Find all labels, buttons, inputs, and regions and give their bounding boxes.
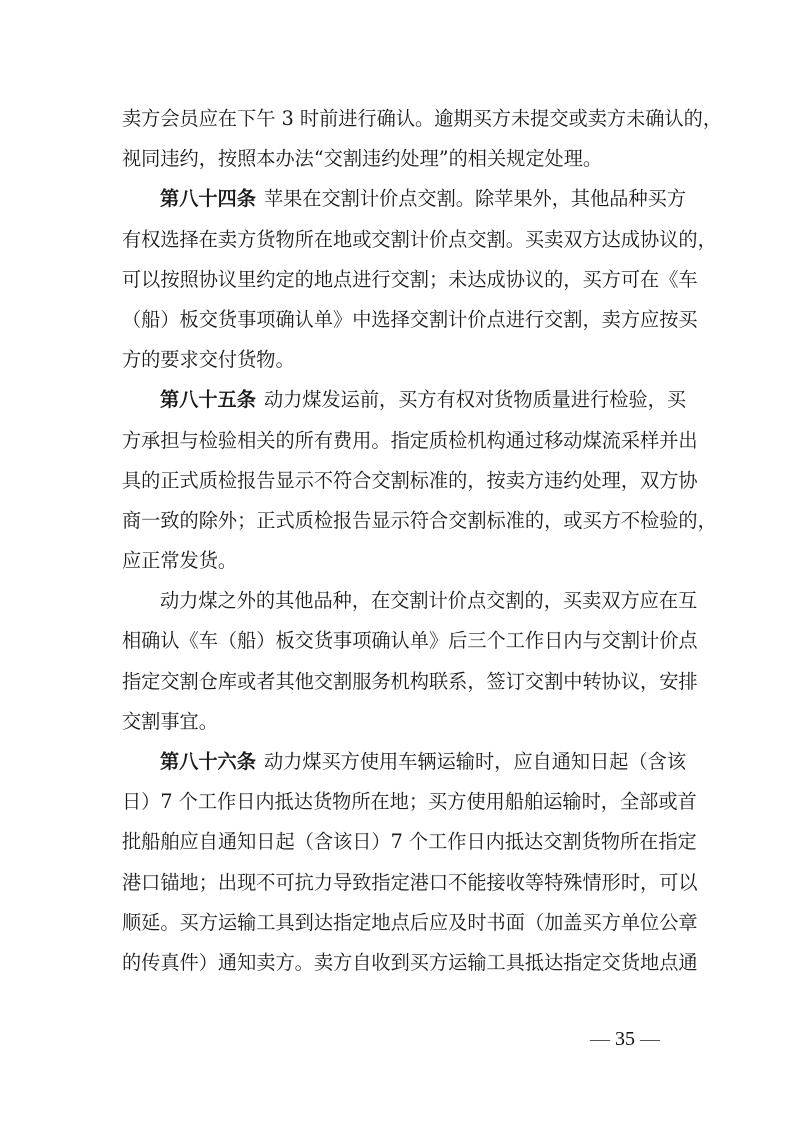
article-number: 第八十五条 [160,388,256,411]
dash-left: — [590,1028,610,1050]
article-86-line: 第八十六条动力煤买方使用车辆运输时，应自通知日起（含该 [122,742,682,782]
text-span: 动力煤发运前，买方有权对货物质量进行检验，买 [264,388,686,411]
article-85-line: 第八十五条动力煤发运前，买方有权对货物质量进行检验，买 [122,380,682,420]
article-number: 第八十四条 [160,187,256,210]
text-line: 顺延。买方运输工具到达指定地点后应及时书面（加盖买方单位公章 [122,903,682,943]
text-line: 商一致的除外；正式质检报告显示符合交割标准的，或买方不检验的， [122,501,682,541]
text-span: 动力煤买方使用车辆运输时，应自通知日起（含该 [264,750,686,773]
text-line: 方承担与检验相关的所有费用。指定质检机构通过移动煤流采样并出 [122,421,682,461]
text-line: 港口锚地；出现不可抗力导致指定港口不能接收等特殊情形时，可以 [122,863,682,903]
text-line: 卖方会员应在下午 3 时前进行确认。逾期买方未提交或卖方未确认的， [122,99,682,139]
text-line: 交割事宜。 [122,702,682,742]
text-line: 日）7 个工作日内抵达货物所在地；买方使用船舶运输时，全部或首 [122,782,682,822]
text-line: 指定交割仓库或者其他交割服务机构联系，签订交割中转协议，安排 [122,662,682,702]
text-line: 方的要求交付货物。 [122,340,682,380]
text-line: 相确认《车（船）板交货事项确认单》后三个工作日内与交割计价点 [122,621,682,661]
text-line: 批船舶应自通知日起（含该日）7 个工作日内抵达交割货物所在指定 [122,822,682,862]
text-line: 的传真件）通知卖方。卖方自收到买方运输工具抵达指定交货地点通 [122,943,682,983]
article-84-line: 第八十四条苹果在交割计价点交割。除苹果外，其他品种买方 [122,179,682,219]
dash-right: — [640,1028,660,1050]
article-number: 第八十六条 [160,750,256,773]
page-number-value: 35 [615,1028,635,1050]
text-line: 有权选择在卖方货物所在地或交割计价点交割。买卖双方达成协议的， [122,220,682,260]
text-line: 可以按照协议里约定的地点进行交割；未达成协议的，买方可在《车 [122,260,682,300]
paragraph-start-line: 动力煤之外的其他品种，在交割计价点交割的，买卖双方应在互 [122,581,682,621]
text-span: 苹果在交割计价点交割。除苹果外，其他品种买方 [264,187,686,210]
document-body: 卖方会员应在下午 3 时前进行确认。逾期买方未提交或卖方未确认的， 视同违约，按… [122,99,682,983]
page-number: — 35 — [590,1028,660,1051]
text-line: 具的正式质检报告显示不符合交割标准的，按卖方违约处理，双方协 [122,461,682,501]
text-line: （船）板交货事项确认单》中选择交割计价点进行交割，卖方应按买 [122,300,682,340]
text-line: 视同违约，按照本办法“交割违约处理”的相关规定处理。 [122,139,682,179]
text-line: 应正常发货。 [122,541,682,581]
